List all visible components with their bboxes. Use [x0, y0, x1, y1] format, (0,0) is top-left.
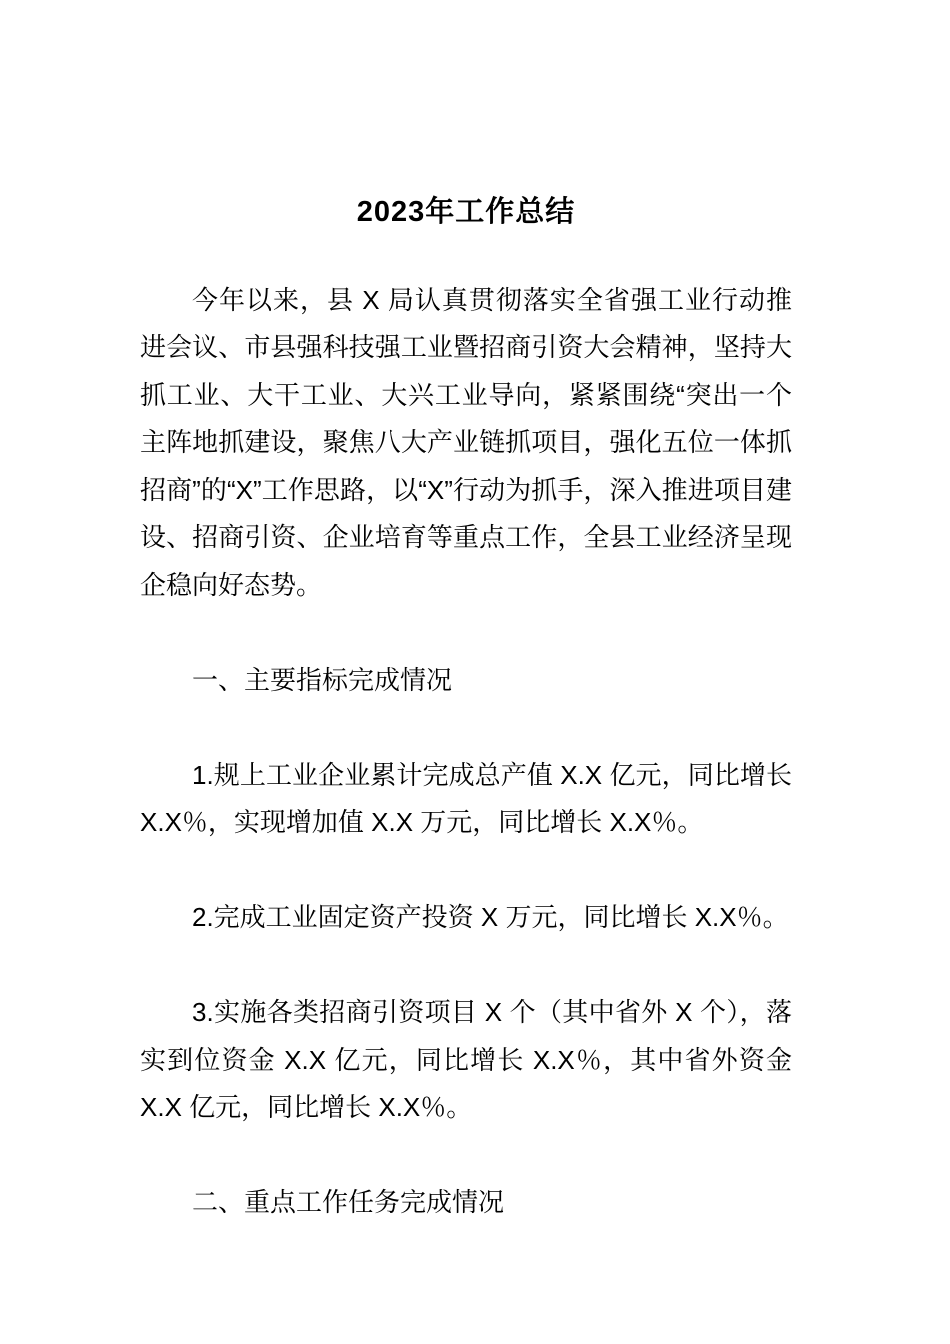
- section-heading-1: 一、主要指标完成情况: [140, 657, 792, 705]
- paragraph-intro: 今年以来，县 X 局认真贯彻落实全省强工业行动推进会议、市县强科技强工业暨招商引…: [140, 277, 792, 610]
- document-page: 2023年工作总结 今年以来，县 X 局认真贯彻落实全省强工业行动推进会议、市县…: [0, 0, 950, 1344]
- document-title: 2023年工作总结: [140, 189, 792, 237]
- paragraph-stat-3: 3.实施各类招商引资项目 X 个（其中省外 X 个），落实到位资金 X.X 亿元…: [140, 989, 792, 1132]
- section-heading-2: 二、重点工作任务完成情况: [140, 1179, 792, 1227]
- paragraph-stat-2: 2.完成工业固定资产投资 X 万元，同比增长 X.X％。: [140, 894, 792, 942]
- paragraph-stat-1: 1.规上工业企业累计完成总产值 X.X 亿元，同比增长 X.X％，实现增加值 X…: [140, 752, 792, 847]
